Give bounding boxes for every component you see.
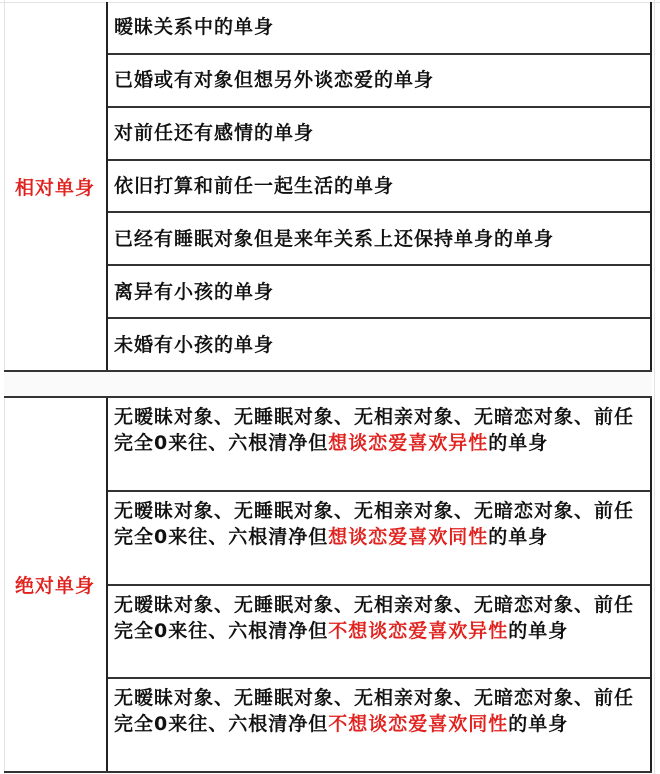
table-row[interactable]: 对前任还有感情的单身 xyxy=(108,108,650,161)
row-text: 已婚或有对象但想另外谈恋爱的单身 xyxy=(114,67,434,93)
row-text: 无暧昧对象、无睡眠对象、无相亲对象、无暗恋对象、前任完全0来往、六根清净但不想谈… xyxy=(114,685,644,737)
gridline xyxy=(654,0,655,774)
category-label: 相对单身 xyxy=(15,173,95,200)
relative-single-section: 相对单身 暧昧关系中的单身 已婚或有对象但想另外谈恋爱的单身 对前任还有感情的单… xyxy=(4,2,652,372)
table-row[interactable]: 无暧昧对象、无睡眠对象、无相亲对象、无暗恋对象、前任完全0来往、六根清净但想谈恋… xyxy=(108,398,650,492)
row-text: 未婚有小孩的单身 xyxy=(114,332,274,358)
row-text-suffix: 的单身 xyxy=(488,526,548,548)
row-text: 暧昧关系中的单身 xyxy=(114,14,274,40)
row-text-highlight: 不想谈恋爱喜欢异性 xyxy=(328,620,508,642)
row-text-highlight: 想谈恋爱喜欢同性 xyxy=(328,526,488,548)
table-row[interactable]: 离异有小孩的单身 xyxy=(108,266,650,319)
table-row[interactable]: 无暧昧对象、无睡眠对象、无相亲对象、无暗恋对象、前任完全0来往、六根清净但不想谈… xyxy=(108,586,650,680)
row-text: 无暧昧对象、无睡眠对象、无相亲对象、无暗恋对象、前任完全0来往、六根清净但想谈恋… xyxy=(114,404,644,456)
table-row[interactable]: 暧昧关系中的单身 xyxy=(108,2,650,55)
row-text: 对前任还有感情的单身 xyxy=(114,120,314,146)
table-row[interactable]: 未婚有小孩的单身 xyxy=(108,319,650,370)
row-text: 已经有睡眠对象但是来年关系上还保持单身的单身 xyxy=(114,226,554,252)
row-text-suffix: 的单身 xyxy=(508,713,568,735)
table-row[interactable]: 已经有睡眠对象但是来年关系上还保持单身的单身 xyxy=(108,213,650,266)
row-text: 无暧昧对象、无睡眠对象、无相亲对象、无暗恋对象、前任完全0来往、六根清净但不想谈… xyxy=(114,592,644,644)
category-label: 绝对单身 xyxy=(15,571,95,598)
row-text-highlight: 想谈恋爱喜欢异性 xyxy=(328,432,488,454)
row-text: 无暧昧对象、无睡眠对象、无相亲对象、无暗恋对象、前任完全0来往、六根清净但想谈恋… xyxy=(114,498,644,550)
table-row[interactable]: 无暧昧对象、无睡眠对象、无相亲对象、无暗恋对象、前任完全0来往、六根清净但想谈恋… xyxy=(108,492,650,586)
table-row[interactable]: 依旧打算和前任一起生活的单身 xyxy=(108,161,650,214)
row-text: 依旧打算和前任一起生活的单身 xyxy=(114,173,394,199)
items-column: 暧昧关系中的单身 已婚或有对象但想另外谈恋爱的单身 对前任还有感情的单身 依旧打… xyxy=(108,2,652,370)
row-text: 离异有小孩的单身 xyxy=(114,279,274,305)
category-cell-absolute-single[interactable]: 绝对单身 xyxy=(4,398,108,771)
items-column: 无暧昧对象、无睡眠对象、无相亲对象、无暗恋对象、前任完全0来往、六根清净但想谈恋… xyxy=(108,398,652,771)
spreadsheet: 相对单身 暧昧关系中的单身 已婚或有对象但想另外谈恋爱的单身 对前任还有感情的单… xyxy=(0,0,660,774)
empty-spacer-row xyxy=(4,372,652,396)
row-text-suffix: 的单身 xyxy=(508,620,568,642)
row-text-suffix: 的单身 xyxy=(488,432,548,454)
category-cell-relative-single[interactable]: 相对单身 xyxy=(4,2,108,370)
table-row[interactable]: 已婚或有对象但想另外谈恋爱的单身 xyxy=(108,55,650,108)
table-row[interactable]: 无暧昧对象、无睡眠对象、无相亲对象、无暗恋对象、前任完全0来往、六根清净但不想谈… xyxy=(108,679,650,771)
row-text-highlight: 不想谈恋爱喜欢同性 xyxy=(328,713,508,735)
absolute-single-section: 绝对单身 无暧昧对象、无睡眠对象、无相亲对象、无暗恋对象、前任完全0来往、六根清… xyxy=(4,396,652,773)
